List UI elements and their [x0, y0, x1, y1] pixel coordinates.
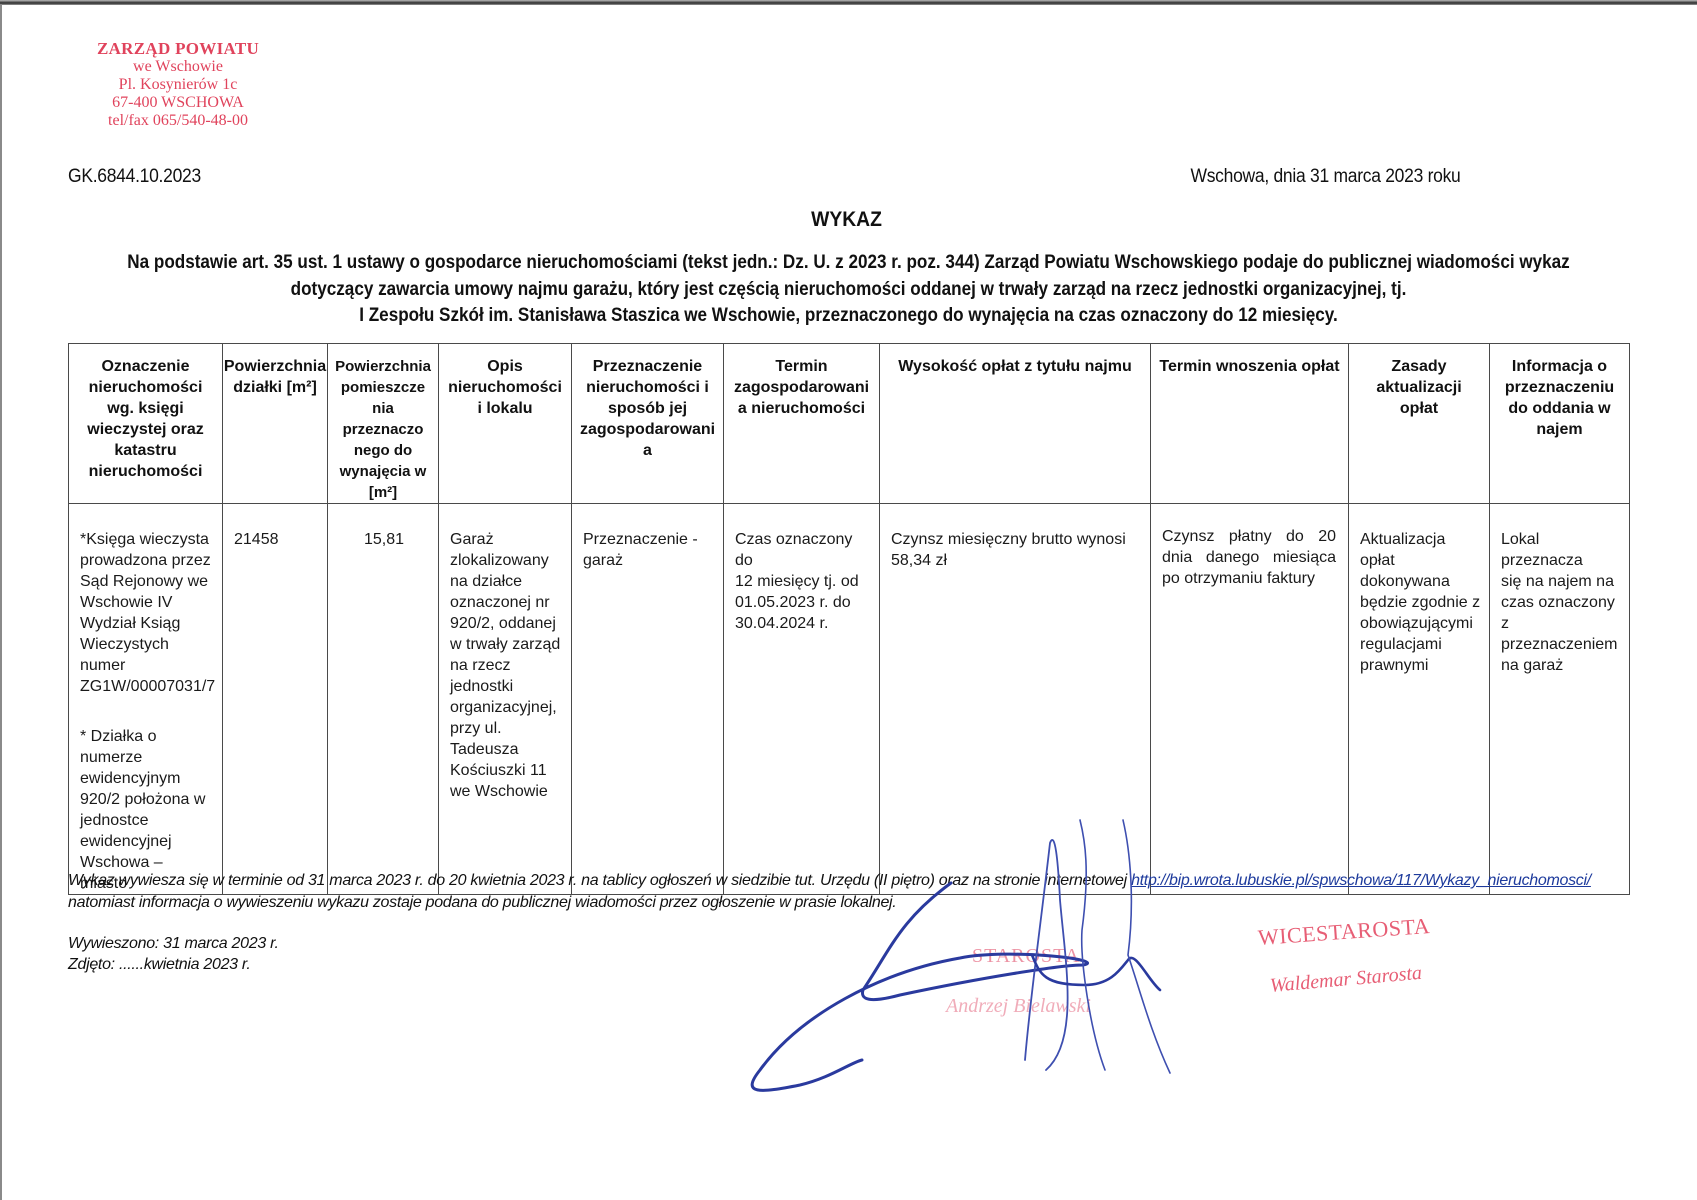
starosta-stamp-title: STAROSTA — [972, 945, 1080, 968]
posting-notice: Wykaz wywiesza się w terminie od 31 marc… — [68, 870, 1591, 914]
text-line: ewidencyjnym — [80, 768, 214, 789]
text-line: dokonywana — [1360, 571, 1481, 592]
title-text: WYKAZ — [811, 208, 882, 232]
text-line: Aktualizacja opłat — [1360, 529, 1481, 571]
land-register-text: *Księga wieczystaprowadzona przezSąd Rej… — [80, 529, 214, 697]
text-line: garaż — [583, 550, 715, 571]
description-text: Garażzlokalizowanyna działceoznaczonej n… — [450, 529, 563, 802]
vice-starosta-stamp-name: Waldemar Starosta — [1269, 962, 1423, 998]
col-header-plot-area: Powierzchniadziałki [m²] — [223, 344, 328, 504]
col-header-room-area: Powierzchniapomieszczeniaprzeznaczonego … — [328, 344, 439, 504]
text-line: się na najem na — [1501, 571, 1621, 592]
text-line: Czynsz miesięczny brutto wynosi — [891, 529, 1142, 550]
text-line: Wysokość opłat z tytułu najmu — [880, 356, 1150, 377]
text-line: 30.04.2024 r. — [735, 613, 871, 634]
table-header-row: Oznaczenienieruchomościwg. księgiwieczys… — [69, 344, 1630, 504]
cell-term: Czas oznaczony do12 miesięcy tj. od01.05… — [724, 504, 880, 895]
text-line: Termin wnoszenia opłat — [1151, 356, 1348, 377]
col-header-description: Opisnieruchomościi lokalu — [439, 344, 572, 504]
text-line: działki [m²] — [223, 377, 327, 398]
text-line: organizacyjnej, — [450, 697, 563, 718]
scan-edge-top — [0, 0, 1697, 5]
text-line: na rzecz — [450, 655, 563, 676]
text-line: Informacja o — [1490, 356, 1629, 377]
update-rules-text: Aktualizacja opłatdokonywanabędzie zgodn… — [1360, 529, 1481, 676]
stamp-line: ZARZĄD POWIATU — [92, 40, 264, 58]
text-line: nieruchomości i — [572, 377, 723, 398]
text-line: 920/2 położona w — [80, 789, 214, 810]
place-date: Wschowa, dnia 31 marca 2023 roku — [1191, 166, 1461, 188]
property-table: Oznaczenienieruchomościwg. księgiwieczys… — [68, 343, 1630, 895]
text-line: ewidencyjnej — [80, 831, 214, 852]
text-line: Powierzchnia — [223, 356, 327, 377]
removed-date: Zdjęto: ......kwietnia 2023 r. — [68, 954, 279, 975]
text-line: czas oznaczony z — [1501, 592, 1621, 634]
text-line: Zasady — [1349, 356, 1489, 377]
text-line: nieruchomości — [439, 377, 571, 398]
text-line: Wschowie IV — [80, 592, 214, 613]
text-line: Wieczystych numer — [80, 634, 214, 676]
text-line: 12 miesięcy tj. od — [735, 571, 871, 592]
intro-paragraph: Na podstawie art. 35 ust. 1 ustawy o gos… — [40, 250, 1657, 330]
text-line: Opis — [439, 356, 571, 377]
cell-plot-area: 21458 — [223, 504, 328, 895]
text-line: nego do — [328, 440, 438, 461]
text-line: a — [572, 440, 723, 461]
term-text: Czas oznaczony do12 miesięcy tj. od01.05… — [735, 529, 871, 634]
stamp-line: 67-400 WSCHOWA — [92, 94, 264, 112]
text-line: przy ul. — [450, 718, 563, 739]
text-line: Termin — [724, 356, 879, 377]
text-line: 920/2, oddanej — [450, 613, 563, 634]
text-line: wg. księgi — [69, 398, 222, 419]
text-line: nia — [328, 398, 438, 419]
text-line: 01.05.2023 r. do — [735, 592, 871, 613]
cell-lease-info: Lokal przeznaczasię na najem naczas ozna… — [1490, 504, 1630, 895]
text-line: zlokalizowany — [450, 550, 563, 571]
text-line: wynajęcia w — [328, 461, 438, 482]
intro-line: dotyczący zawarcia umowy najmu garażu, k… — [121, 277, 1576, 304]
posted-date: Wywieszono: 31 marca 2023 r. — [68, 933, 279, 954]
cell-update-rules: Aktualizacja opłatdokonywanabędzie zgodn… — [1349, 504, 1490, 895]
starosta-stamp-name: Andrzej Bielawski — [946, 995, 1091, 1018]
text-line: [m²] — [328, 482, 438, 503]
text-line: na garaż — [1501, 655, 1621, 676]
intro-line: Na podstawie art. 35 ust. 1 ustawy o gos… — [121, 250, 1576, 277]
text-line: opłat — [1349, 398, 1489, 419]
posting-notice-line1: Wykaz wywiesza się w terminie od 31 marc… — [68, 870, 1591, 892]
vice-starosta-stamp-title: WICESTAROSTA — [1257, 913, 1431, 951]
text-line: sposób jej — [572, 398, 723, 419]
text-line: do oddania w — [1490, 398, 1629, 419]
signature-starosta — [752, 883, 1087, 1090]
cell-description: Garażzlokalizowanyna działceoznaczonej n… — [439, 504, 572, 895]
text-line: zagospodarowani — [724, 377, 879, 398]
text-line: regulacjami — [1360, 634, 1481, 655]
text-line: 58,34 zł — [891, 550, 1142, 571]
text-line: *Księga wieczysta — [80, 529, 214, 550]
table-row: *Księga wieczystaprowadzona przezSąd Rej… — [69, 504, 1630, 895]
text-line: ZG1W/00007031/7 — [80, 676, 214, 697]
stamp-line: Pl. Kosynierów 1c — [92, 76, 264, 94]
col-header-term: Terminzagospodarowania nieruchomości — [724, 344, 880, 504]
posting-dates: Wywieszono: 31 marca 2023 r. Zdjęto: ...… — [68, 933, 279, 975]
text-line: aktualizacji — [1349, 377, 1489, 398]
text-line: nieruchomości — [69, 461, 222, 482]
text-line: Przeznaczenie — [572, 356, 723, 377]
fee-text: Czynsz miesięczny brutto wynosi58,34 zł — [891, 529, 1142, 571]
text-line: przeznaczeniem — [1501, 634, 1621, 655]
room-area-value: 15,81 — [339, 529, 404, 550]
text-line: jednostce — [80, 810, 214, 831]
plot-text: * Działka onumerzeewidencyjnym920/2 poło… — [80, 726, 214, 894]
col-header-payment-term: Termin wnoszenia opłat — [1151, 344, 1349, 504]
lease-info-text: Lokal przeznaczasię na najem naczas ozna… — [1501, 529, 1621, 676]
text-line: Garaż — [450, 529, 563, 550]
text-line: Czas oznaczony do — [735, 529, 871, 571]
payment-term-text: Czynsz płatny do 20 dnia danego miesiąca… — [1162, 526, 1336, 589]
text-line: i lokalu — [439, 398, 571, 419]
text-line: Wydział Ksiąg — [80, 613, 214, 634]
office-stamp: ZARZĄD POWIATU we Wschowie Pl. Kosynieró… — [92, 40, 264, 130]
posting-notice-text: Wykaz wywiesza się w terminie od 31 marc… — [68, 872, 1131, 889]
posting-notice-line2: natomiast informacja o wywieszeniu wykaz… — [68, 892, 1591, 914]
text-line: prawnymi — [1360, 655, 1481, 676]
document-title: WYKAZ — [0, 208, 1697, 232]
text-line: przeznaczeniu — [1490, 377, 1629, 398]
col-header-update-rules: Zasadyaktualizacjiopłat — [1349, 344, 1490, 504]
text-line: zagospodarowani — [572, 419, 723, 440]
cell-payment-term: Czynsz płatny do 20 dnia danego miesiąca… — [1151, 504, 1349, 895]
reference-number: GK.6844.10.2023 — [68, 166, 201, 188]
text-line: najem — [1490, 419, 1629, 440]
cell-purpose: Przeznaczenie -garaż — [572, 504, 724, 895]
text-line: wieczystej oraz — [69, 419, 222, 440]
text-line: we Wschowie — [450, 781, 563, 802]
plot-area-value: 21458 — [234, 529, 319, 550]
text-line: Powierzchnia — [328, 356, 438, 377]
text-line: numerze — [80, 747, 214, 768]
cell-designation: *Księga wieczystaprowadzona przezSąd Rej… — [69, 504, 223, 895]
col-header-purpose: Przeznaczenienieruchomości isposób jejza… — [572, 344, 724, 504]
text-line: Sąd Rejonowy we — [80, 571, 214, 592]
text-line: w trwały zarząd — [450, 634, 563, 655]
intro-line: I Zespołu Szkół im. Stanisława Staszica … — [121, 303, 1576, 330]
text-line: przeznaczo — [328, 419, 438, 440]
bip-link[interactable]: http://bip.wrota.lubuskie.pl/spwschowa/1… — [1131, 872, 1591, 889]
text-line: obowiązującymi — [1360, 613, 1481, 634]
text-line: oznaczonej nr — [450, 592, 563, 613]
text-line: prowadzona przez — [80, 550, 214, 571]
cell-room-area: 15,81 — [328, 504, 439, 895]
text-line: a nieruchomości — [724, 398, 879, 419]
text-line: na działce — [450, 571, 563, 592]
text-line: jednostki — [450, 676, 563, 697]
text-line: * Działka o — [80, 726, 214, 747]
text-line: pomieszcze — [328, 377, 438, 398]
text-line: Tadeusza — [450, 739, 563, 760]
col-header-fee: Wysokość opłat z tytułu najmu — [880, 344, 1151, 504]
scan-edge-left — [0, 4, 2, 1200]
cell-fee: Czynsz miesięczny brutto wynosi58,34 zł — [880, 504, 1151, 895]
text-line: Kościuszki 11 — [450, 760, 563, 781]
col-header-designation: Oznaczenienieruchomościwg. księgiwieczys… — [69, 344, 223, 504]
text-line: Oznaczenie — [69, 356, 222, 377]
purpose-text: Przeznaczenie -garaż — [583, 529, 715, 571]
text-line: Przeznaczenie - — [583, 529, 715, 550]
text-line: katastru — [69, 440, 222, 461]
text-line: będzie zgodnie z — [1360, 592, 1481, 613]
col-header-lease-info: Informacja oprzeznaczeniudo oddania wnaj… — [1490, 344, 1630, 504]
text-line: Lokal przeznacza — [1501, 529, 1621, 571]
stamp-line: tel/fax 065/540-48-00 — [92, 112, 264, 130]
stamp-line: we Wschowie — [92, 58, 264, 76]
text-line: nieruchomości — [69, 377, 222, 398]
